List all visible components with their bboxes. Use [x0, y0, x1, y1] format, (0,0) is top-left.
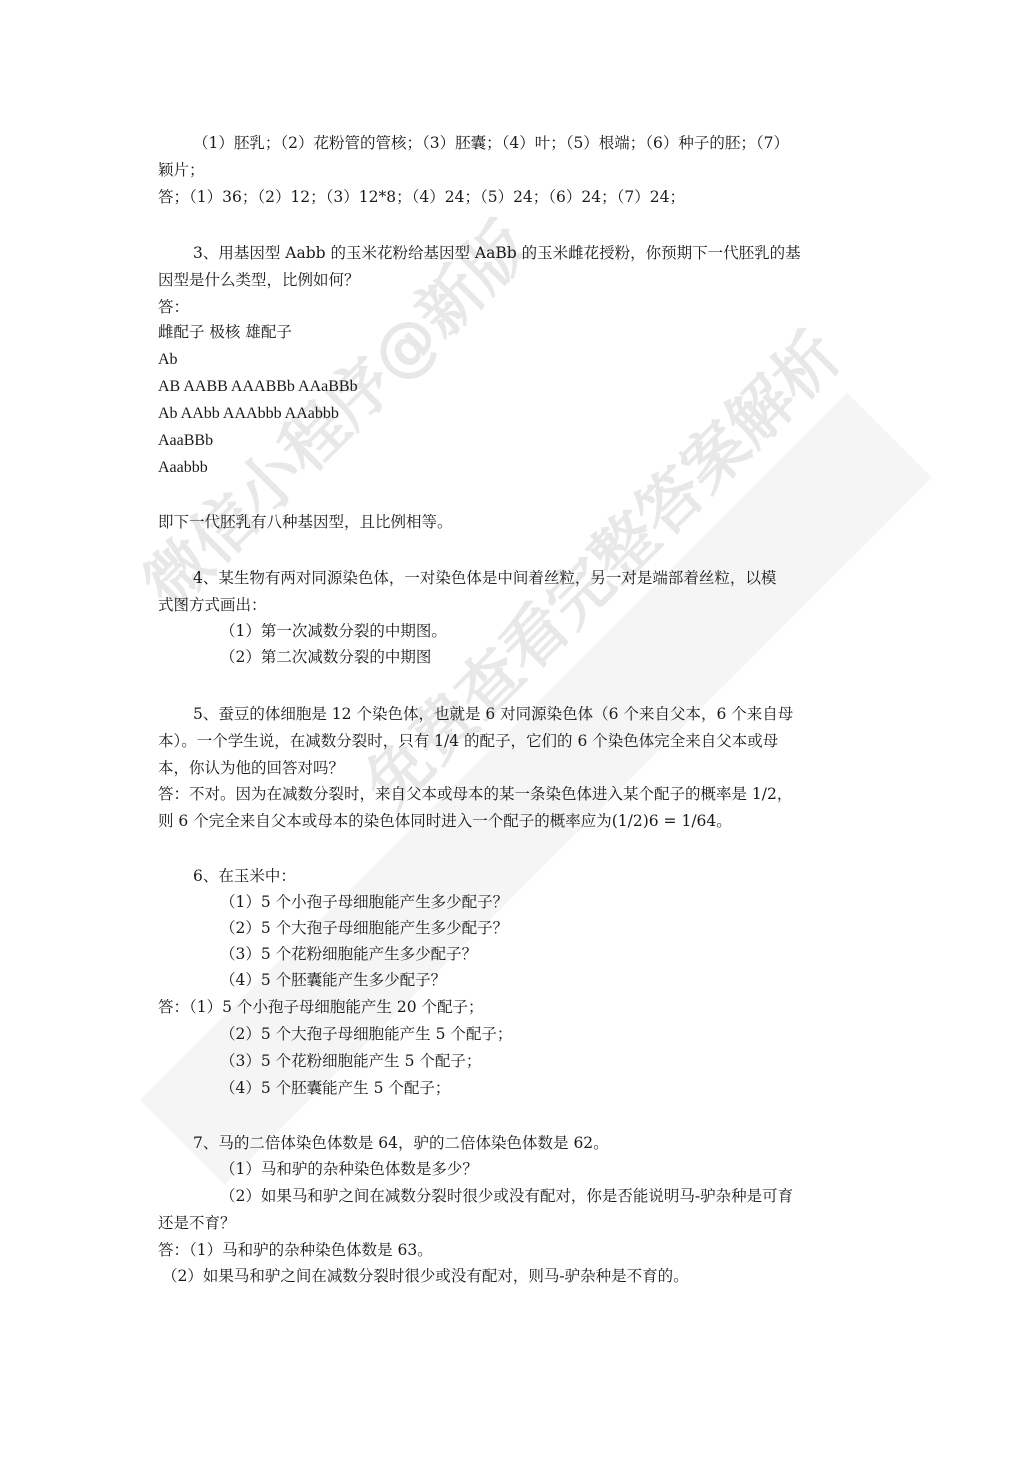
- q6-sub: （2）5 个大孢子母细胞能产生多少配子？: [220, 918, 508, 938]
- q2-items-line1: （1）胚乳；（2）花粉管的管核；（3）胚囊；（4）叶；（5）根端；（6）种子的胚…: [193, 133, 789, 153]
- q6-answer: （4）5 个胚囊能产生 5 个配子；: [220, 1078, 450, 1098]
- q6-sub: （3）5 个花粉细胞能产生多少配子？: [220, 944, 477, 964]
- q2-items-line2: 颖片；: [158, 160, 205, 180]
- q3-answer-label: 答：: [158, 297, 189, 317]
- q7-answer1: 答：（1）马和驴的杂种染色体数是 63。: [158, 1240, 433, 1260]
- q3-question-line2: 因型是什么类型，比例如何？: [158, 270, 360, 290]
- q4-question-line1: 4、某生物有两对同源染色体，一对染色体是中间着丝粒，另一对是端部着丝粒，以模: [193, 568, 776, 588]
- q7-question: 7、马的二倍体染色体数是 64，驴的二倍体染色体数是 62。: [193, 1133, 609, 1153]
- q5-question-line1: 5、蚕豆的体细胞是 12 个染色体，也就是 6 对同源染色体（6 个来自父本，6…: [193, 704, 793, 724]
- q4-sub1: （1）第一次减数分裂的中期图。: [220, 621, 447, 641]
- q3-row: Ab: [158, 350, 178, 370]
- q6-sub: （1）5 个小孢子母细胞能产生多少配子？: [220, 892, 508, 912]
- q3-table-header: 雌配子 极核 雄配子: [158, 322, 292, 342]
- q7-sub2-line2: 还是不育？: [158, 1213, 236, 1233]
- q2-answer: 答；（1）36；（2）12；（3）12*8；（4）24；（5）24；（6）24；…: [158, 187, 685, 207]
- q3-question-line1: 3、用基因型 Aabb 的玉米花粉给基因型 AaBb 的玉米雌花授粉，你预期下一…: [193, 243, 801, 263]
- q4-sub2: （2）第二次减数分裂的中期图: [220, 647, 431, 667]
- document-page: 微信小程序@新版 免费查看完整答案解析 （1）胚乳；（2）花粉管的管核；（3）胚…: [0, 0, 1035, 1464]
- q7-answer2: （2）如果马和驴之间在减数分裂时很少或没有配对，则马-驴杂种是不育的。: [162, 1266, 689, 1286]
- q6-question: 6、在玉米中：: [193, 866, 296, 886]
- q5-question-line2: 本）。一个学生说，在减数分裂时，只有 1/4 的配子，它们的 6 个染色体完全来…: [158, 731, 778, 751]
- q5-answer-line1: 答：不对。因为在减数分裂时，来自父本或母本的某一条染色体进入某个配子的概率是 1…: [158, 784, 792, 804]
- q7-sub2-line1: （2）如果马和驴之间在减数分裂时很少或没有配对，你是否能说明马-驴杂种是可育: [220, 1186, 793, 1206]
- q3-row: Aaabbb: [158, 458, 208, 478]
- q6-answer: （2）5 个大孢子母细胞能产生 5 个配子；: [220, 1024, 512, 1044]
- q4-question-line2: 式图方式画出：: [158, 595, 267, 615]
- q3-conclusion: 即下一代胚乳有八种基因型，且比例相等。: [158, 512, 453, 532]
- q3-row: AaaBBb: [158, 431, 213, 451]
- q3-row: Ab AAbb AAAbbb AAabbb: [158, 404, 339, 424]
- q5-answer-line2: 则 6 个完全来自父本或母本的染色体同时进入一个配子的概率应为(1/2)6 = …: [158, 811, 732, 831]
- q6-answer: 答：（1）5 个小孢子母细胞能产生 20 个配子；: [158, 997, 483, 1017]
- q6-answer: （3）5 个花粉细胞能产生 5 个配子；: [220, 1051, 481, 1071]
- q3-row: AB AABB AAABBb AAaBBb: [158, 377, 358, 397]
- q5-question-line3: 本，你认为他的回答对吗？: [158, 758, 344, 778]
- q6-sub: （4）5 个胚囊能产生多少配子？: [220, 970, 446, 990]
- q7-sub1: （1）马和驴的杂种染色体数是多少？: [220, 1159, 478, 1179]
